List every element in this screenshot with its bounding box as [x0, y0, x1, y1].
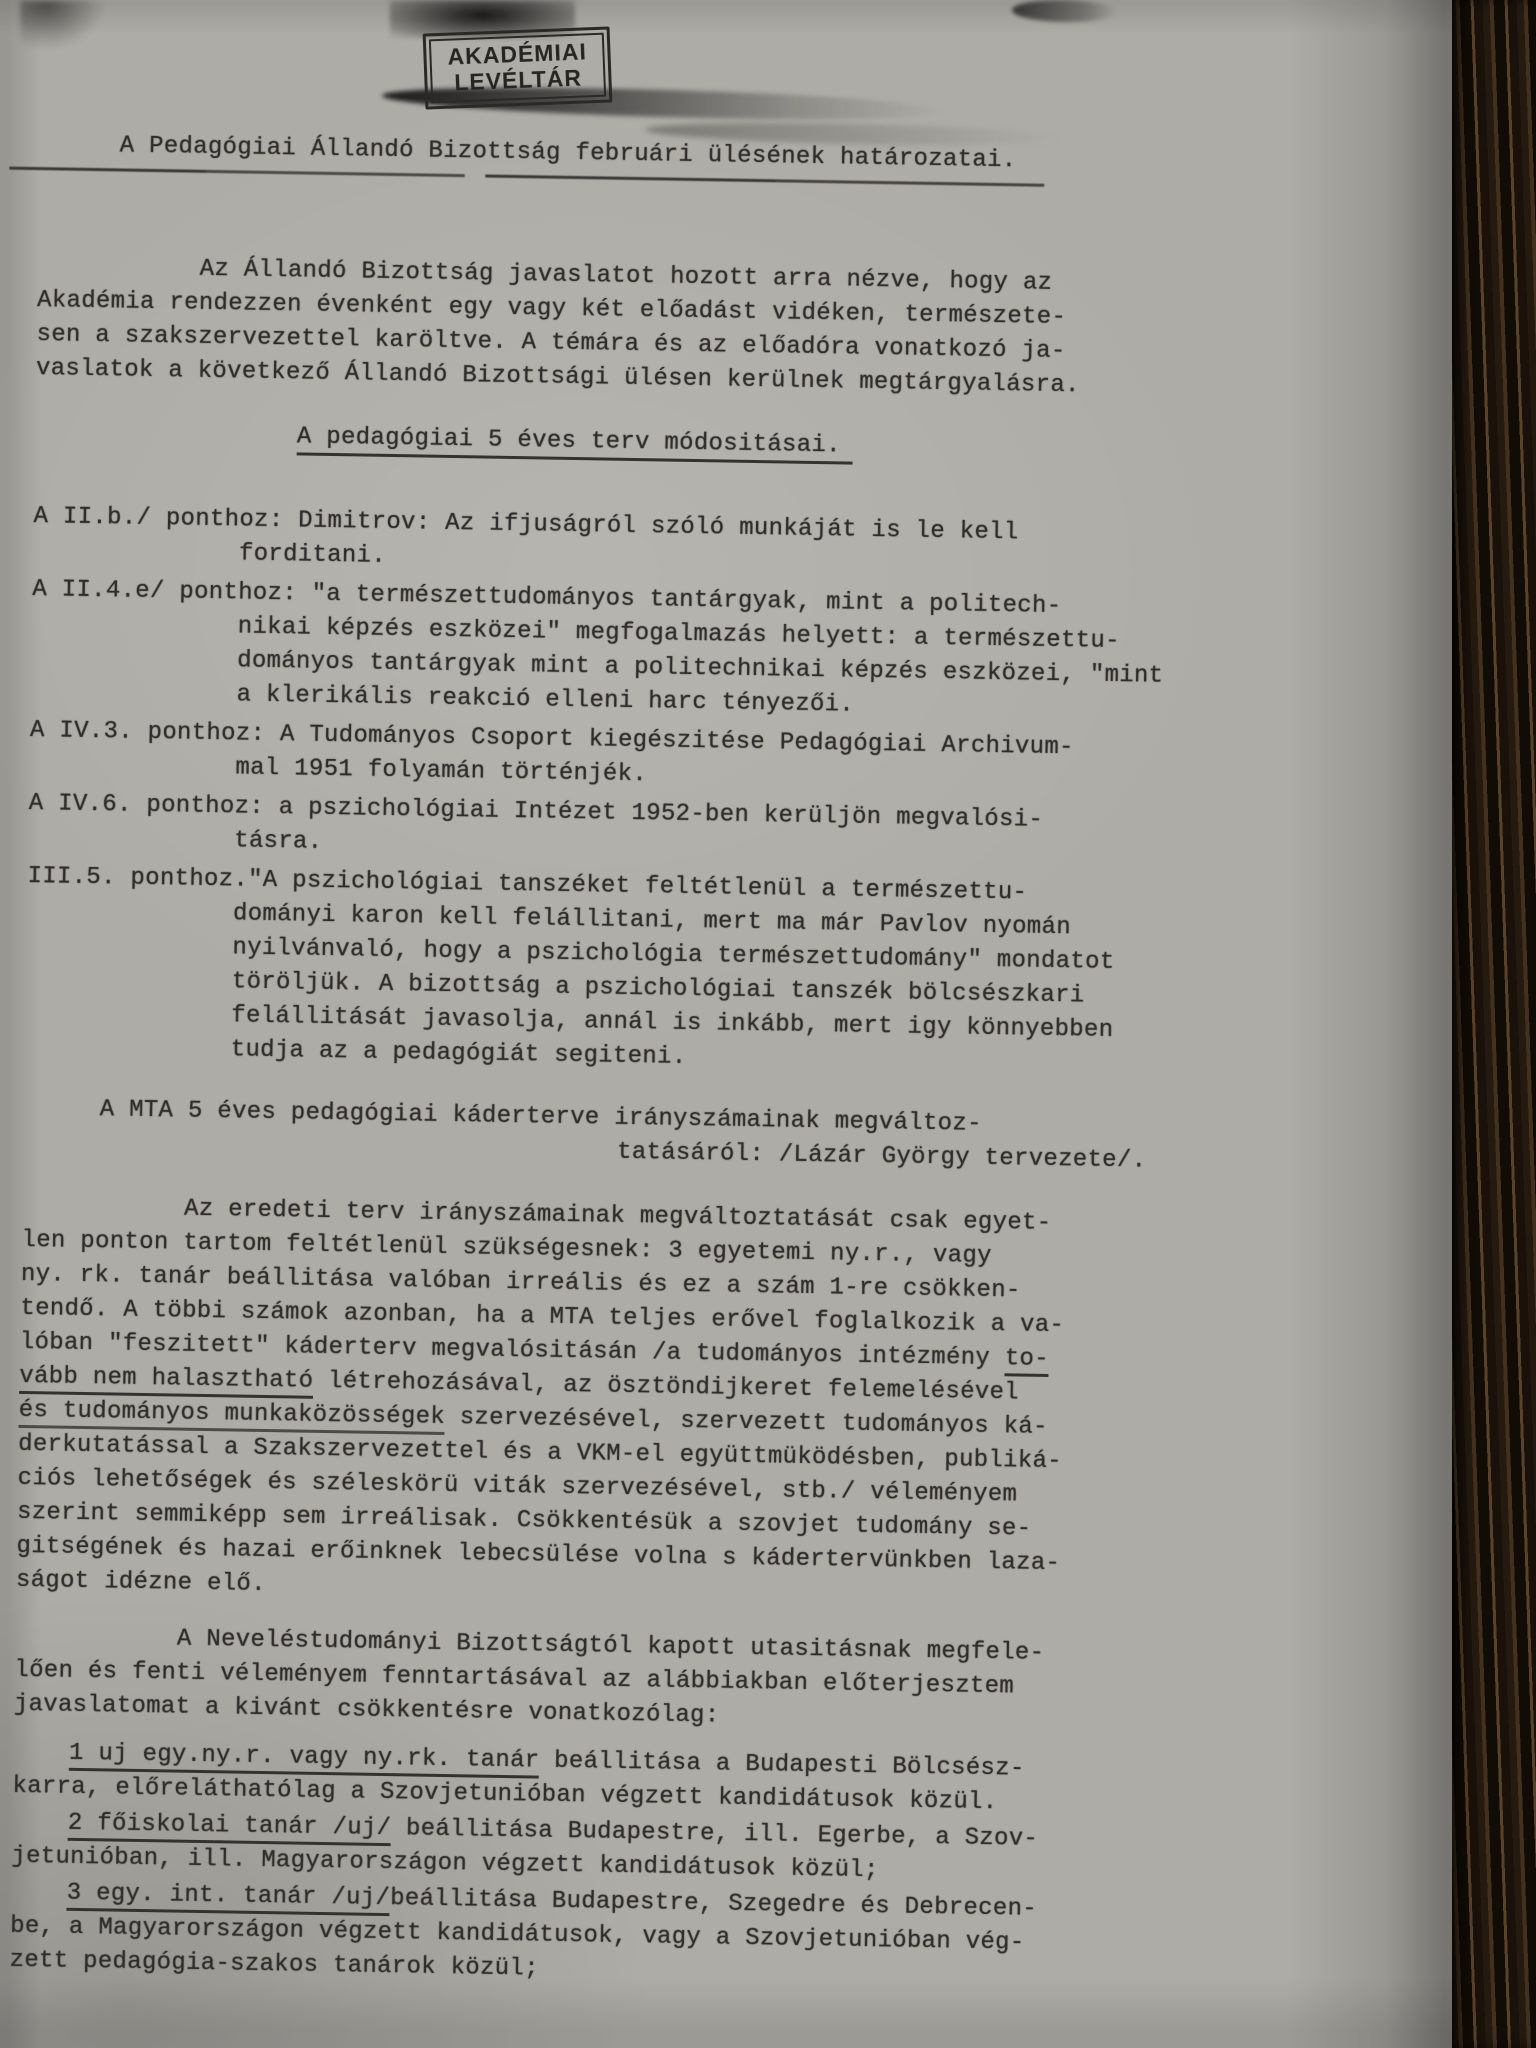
archive-stamp: AKADÉMIAI LEVÉLTÁR — [423, 26, 613, 109]
line-text: beállitása a Budapesti Bölcsész- — [539, 1748, 1025, 1783]
line-text: szervezésével, szervezett tudományos ká- — [445, 1404, 1048, 1441]
underlined-text: vább nem halasztható — [19, 1363, 314, 1399]
underlined-text: to- — [1004, 1345, 1049, 1377]
scanned-document-page: { "stamp": { "line1": "AKADÉMIAI", "line… — [0, 0, 1536, 2048]
typewritten-text: A Pedagógiai Állandó Bizottság februári … — [3, 128, 1433, 2001]
stamp-line-2: LEVÉLTÁR — [448, 64, 588, 95]
section-heading: A pedagógiai 5 éves terv módositásai. — [297, 420, 1429, 473]
archive-stamp-text: AKADÉMIAI LEVÉLTÁR — [429, 33, 607, 104]
wood-edge — [1452, 0, 1536, 2048]
section-heading-text: A pedagógiai 5 éves terv módositásai. — [297, 423, 853, 464]
